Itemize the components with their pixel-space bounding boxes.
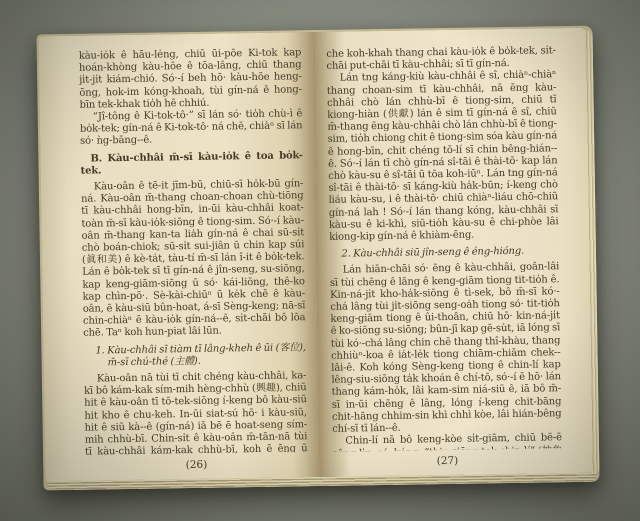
book-pages: kàu-io̍k ê hāu-le̍ng, chiū ūi-pōe Ki-tok… [38, 28, 592, 483]
paragraph: Kàu-oân ê tē-it jīm-bū, chiū-sī ho̍k-bū … [81, 178, 306, 340]
paragraph: che koh-khah thang chai kàu-io̍k ê bo̍k-… [326, 45, 556, 73]
open-book: kàu-io̍k ê hāu-le̍ng, chiū ūi-pōe Ki-tok… [36, 26, 599, 491]
page-right-text: che koh-khah thang chai kàu-io̍k ê bo̍k-… [326, 45, 562, 452]
section-heading: B. Kàu-chhâi m̄-sī kàu-io̍k ê toa bo̍k-t… [80, 150, 303, 178]
section-heading: 2. Kàu-chhâi siū jîn-seng ê éng-hióng. [329, 245, 559, 261]
page-right-number: (27) [333, 453, 563, 469]
section-heading: 1. Kàu-chhâi sī tiàm tī lâng-kheh ê ūi (… [83, 342, 306, 370]
paragraph: Lán hiān-chāi só· ēng ê kàu-chhâi, goân-… [330, 262, 562, 436]
paragraph: Lán tng káng-kiù kàu-chhâi ê sî, chiàⁿ-c… [327, 70, 559, 244]
paragraph: Chin-lí nā bô keng-kòe si̍t-giām, chiū b… [332, 432, 562, 451]
page-right: che koh-khah thang chai kàu-io̍k ê bo̍k-… [312, 28, 592, 478]
paragraph: Kàu-oân nā tùi tī chit chéng kàu-chhâi, … [84, 370, 308, 455]
photo-background: kàu-io̍k ê hāu-le̍ng, chiū ūi-pōe Ki-tok… [0, 0, 640, 521]
page-left-number: (26) [85, 457, 308, 472]
paragraph: kàu-io̍k ê hāu-le̍ng, chiū ūi-pōe Ki-tok… [79, 47, 302, 112]
page-left-text: kàu-io̍k ê hāu-le̍ng, chiū ūi-pōe Ki-tok… [79, 47, 308, 455]
paragraph: “Jî-tông ê Ki-tok-tô·” sī lán só· tio̍h … [80, 108, 303, 148]
page-left: kàu-io̍k ê hāu-le̍ng, chiū ūi-pōe Ki-tok… [38, 32, 318, 482]
